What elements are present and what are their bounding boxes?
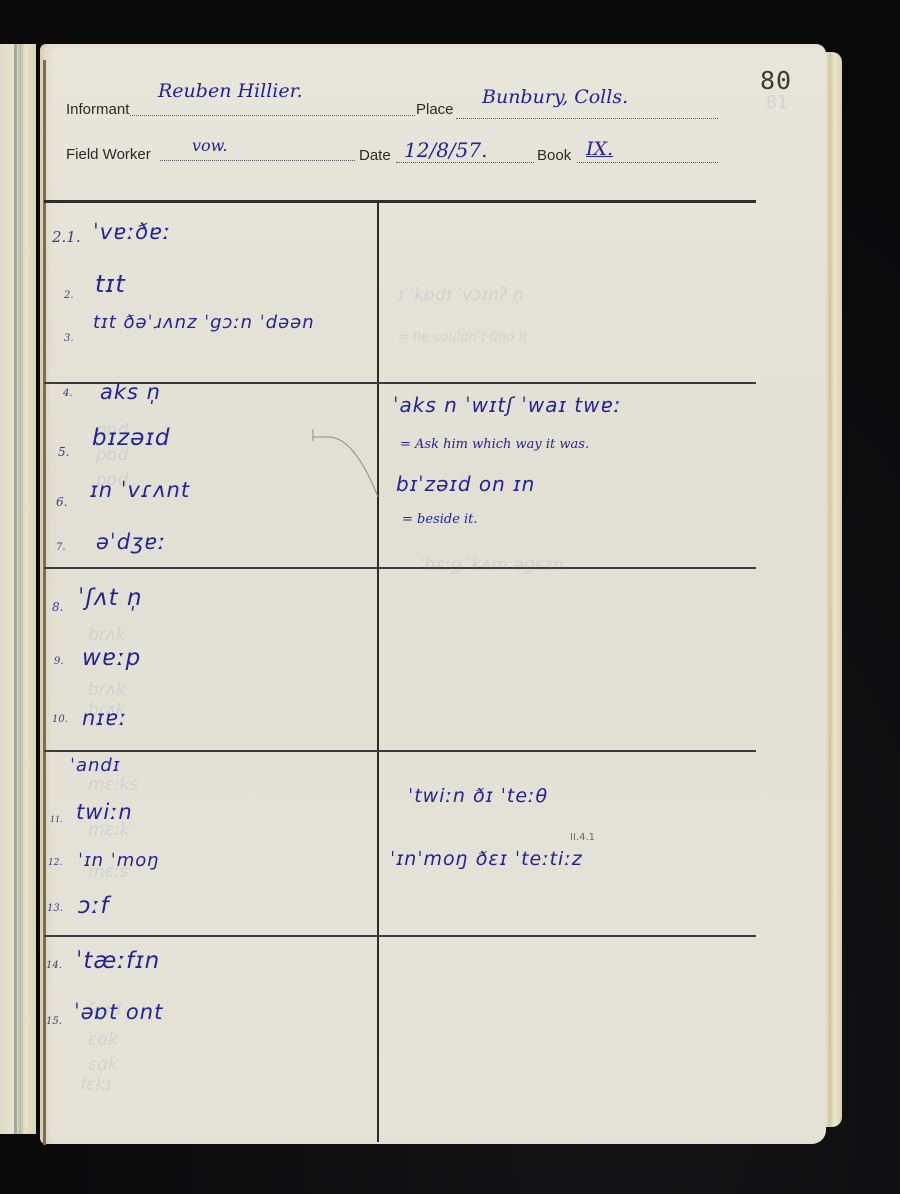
entry-number: 3. [64,333,74,344]
entry-number: 15. [46,1016,62,1027]
field-worker-value: vow. [192,136,228,155]
entry-transcription: tɪt [95,270,126,298]
entry-number: 9. [54,656,64,667]
entry-transcription: tɪt ðəˈɹʌnz ˈgɔːn ˈdəən [93,312,315,333]
field-worker-label: Field Worker [66,146,151,163]
place-dotted-line [456,118,718,119]
book-dotted-line [577,162,718,163]
entry-number: 12. [48,858,62,868]
entry-number: 13. [47,903,63,914]
entry-number: 2. [64,290,74,301]
show-through-text: fɛkɪ [80,1075,111,1095]
book-label: Book [537,147,571,164]
table-top-rule [44,200,756,203]
section-rule-2 [44,567,756,569]
entry-number: 4. [63,388,73,399]
show-through-text: = he couldn't find it [398,330,527,345]
note-gloss: = Ask him which way it was. [400,437,589,452]
entry-transcription: ɔːf [78,893,110,919]
show-through-text: ɛɑk [88,1030,118,1050]
notebook-page [40,44,826,1144]
previous-page-fold [14,44,17,1134]
entry-transcription: ˈʃʌt n̩ [78,585,143,611]
show-through-text: ɛɑk [88,1055,118,1075]
show-through-text: mɛːks [88,775,138,795]
page-binding-line [43,60,46,1145]
entry-transcription: bɪzəɪd [92,425,171,451]
page-number: 80 [760,66,792,95]
place-label: Place [416,101,454,118]
entry-number: 11. [50,815,63,824]
entry-transcription: aks n̩ [100,380,161,404]
previous-page-edge [0,44,36,1134]
entry-transcription: ˈtæːfɪn [76,948,160,974]
pencil-arrow-mark [300,425,380,505]
entry-number: 7. [56,542,66,553]
date-label: Date [359,147,391,164]
place-value: Bunbury, Colls. [482,86,628,108]
book-value: IX. [586,138,613,160]
field-worker-dotted-line [160,160,355,161]
entry-transcription: ˈəɒt ont [74,1000,163,1024]
show-through-text: ˈhɛːɡ ˈkʌm əɡɛzn [420,555,563,575]
informant-value: Reuben Hillier. [158,80,303,102]
column-divider [377,200,379,1142]
note-transcription: ˈtwiːn ðɪ ˈteːθ [408,785,548,807]
date-value: 12/8/57. [404,138,487,162]
show-through-text: brʌk [88,680,126,700]
entry-transcription: əˈdʒɐː [96,530,166,554]
entry-transcription: ˈɪn ˈmoŋ [78,850,160,871]
informant-label: Informant [66,101,129,118]
entry-number: 14. [46,960,62,971]
note-transcription: bɪˈzəɪd on ɪn [396,472,535,496]
date-dotted-line [396,162,534,163]
entry-transcription: twiːn [76,800,133,824]
entry-transcription: ˈvɐːðɐː [93,220,171,244]
informant-dotted-line [130,115,415,116]
note-transcription: ˈaks n ˈwɪtʃ ˈwaɪ twɐː [393,393,621,417]
entry-number: 10. [52,714,68,725]
entry-number: 6. [56,495,67,509]
entry-transcription: wɐːp [82,645,141,671]
note-transcription: ˈɪnˈmoŋ ðɛɪ ˈteːtiːz [390,848,583,870]
entry-number: 8. [52,600,63,614]
show-through-page-number: 81 [766,92,788,113]
section-rule-4 [44,935,756,937]
entry-transcription: ɪn ˈvɾʌnt [90,478,190,502]
section-rule-3 [44,750,756,752]
entry-number: 2.1. [52,228,81,246]
entry-transcription: nɪɐː [82,706,127,730]
note-gloss: = beside it. [402,512,478,527]
entry-transcription: ˈandɪ [70,755,121,776]
show-through-text: ɪ ˈkɒdɪ ˈvɔɪnʔ n̩ [398,285,524,305]
pencil-reference: II.4.1 [570,832,595,843]
entry-number: 5. [58,445,69,459]
show-through-text: brʌk [88,625,126,645]
